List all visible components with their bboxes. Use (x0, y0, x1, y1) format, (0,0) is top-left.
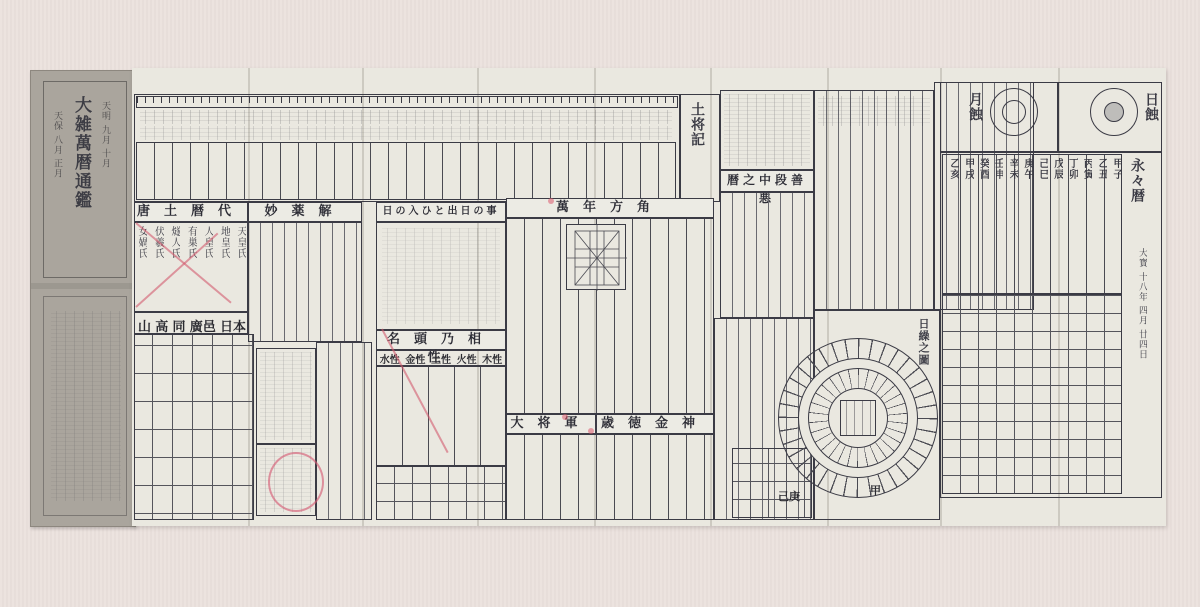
chronology-name: 天皇氏 (235, 226, 246, 310)
sexagenary-row: 甲子 乙丑 丙寅 丁卯 戊辰 己巳 庚午 辛未 壬申 癸酉 甲戌 乙亥 (944, 158, 1122, 180)
cover-side-text-right: 天明 九月 十月 (99, 101, 112, 169)
sexagenary-cell: 丁卯 (1063, 158, 1078, 180)
chronology-heading: 唐土暦代 (134, 202, 248, 222)
sexagenary-cell: 辛未 (1003, 158, 1018, 180)
lunar-eclipse-label: 月蝕 (966, 92, 984, 138)
cover-side-text-left: 天保 八月 正月 (51, 111, 64, 179)
calendar-middle-columns (720, 192, 814, 318)
sunrise-text (382, 228, 500, 324)
cover-title: 大雑萬暦通鑑 (69, 96, 94, 210)
red-mark (562, 414, 568, 420)
red-mark (548, 198, 554, 204)
element-label: 土性 (431, 351, 451, 365)
compass-grid-icon (567, 225, 627, 291)
days-table-text (724, 94, 810, 166)
sexagenary-cell: 乙亥 (944, 158, 959, 180)
perpetual-calendar-grid (942, 294, 1122, 494)
top-text-row (140, 126, 672, 140)
medicine-heading: 妙薬解 (248, 202, 362, 222)
element-label: 金性 (405, 351, 425, 365)
sexagenary-cell: 甲戌 (959, 158, 974, 180)
stem-label: 庚 (789, 490, 800, 503)
general-deity-columns (506, 434, 714, 520)
almanac-cover: 大雑萬暦通鑑 天保 八月 正月 天明 九月 十月 (30, 70, 136, 527)
stem-label: 甲 (870, 482, 881, 498)
top-text-row (140, 110, 672, 124)
sexagenary-cell: 甲子 (1107, 158, 1122, 180)
auspicious-days-header (818, 96, 930, 126)
element-label: 火性 (457, 351, 477, 365)
directions-diagram (566, 224, 626, 290)
stem-label: 己 (778, 490, 789, 503)
ruler-scale (136, 96, 678, 108)
sunrise-heading: 日の入ひと出日の事 (376, 202, 506, 222)
cover-faded-print (51, 311, 121, 501)
dynasty-row-labels: 日本 廣邑 同 高 山 (138, 316, 246, 335)
sexagenary-cell: 己巳 (1033, 158, 1048, 180)
note-box-text (260, 352, 312, 440)
solar-eclipse-label: 日蝕 (1142, 92, 1160, 138)
sexagenary-cell: 庚午 (1018, 158, 1033, 180)
wheel-corner-left: 己庚 (778, 488, 800, 504)
era-columns (136, 142, 676, 200)
dynasty-label: 高 (155, 316, 168, 335)
perpetual-calendar-note: 大寳 十八年 四月 廿四日 (1136, 248, 1147, 488)
wheel-corner-right: 甲 (870, 482, 881, 498)
day-wheel-core (840, 400, 876, 436)
medicine-columns (248, 222, 362, 342)
deity-heading: 歳徳金神 (596, 414, 714, 434)
dynasty-label: 山 (138, 316, 151, 335)
dynasty-label: 日本 (220, 316, 246, 335)
element-label: 木性 (482, 351, 502, 365)
general-heading: 大将軍 (506, 414, 596, 434)
sexagenary-cell: 壬申 (989, 158, 1004, 180)
red-pencil-circle (268, 452, 324, 512)
element-columns (376, 366, 506, 466)
perpetual-calendar-heading: 永々暦 (1128, 158, 1146, 238)
sexagenary-cell: 癸酉 (974, 158, 989, 180)
medicine-columns-lower (316, 342, 372, 520)
sexagenary-cell: 丙寅 (1078, 158, 1093, 180)
solar-eclipse-inner (1104, 102, 1124, 122)
directions-heading: 萬年方角 (506, 198, 714, 218)
dynasty-label: 同 (172, 316, 185, 335)
red-mark (588, 428, 594, 434)
calendar-middle-heading: 暦之中段善悪 (720, 170, 814, 192)
sexagenary-cell: 乙丑 (1092, 158, 1107, 180)
element-grid (376, 466, 506, 520)
dojo-heading: 土将記 (688, 102, 706, 192)
sexagenary-cell: 戊辰 (1048, 158, 1063, 180)
cover-fold (31, 283, 135, 289)
lunar-eclipse-inner (1002, 100, 1026, 124)
name-compat-heading: 名頭乃相性 (376, 330, 506, 350)
province-table (134, 334, 254, 520)
dynasty-label: 廣邑 (190, 316, 216, 335)
almanac-sheet: 土将記 暦之中段善悪 月蝕 日蝕 永々暦 甲子 乙丑 丙寅 丁卯 戊辰 己巳 庚… (132, 68, 1166, 526)
